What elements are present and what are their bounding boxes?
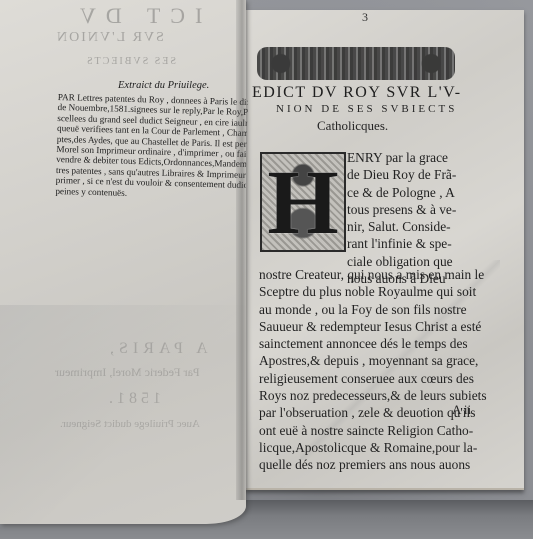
- text-line: nir, Salut. Conside-: [347, 218, 515, 235]
- text-line: tous presens & à ve-: [347, 201, 515, 218]
- text-line: Apostres,& depuis , moyennant sa grace,: [259, 352, 516, 369]
- text-line: sainctement annoncee dés le temps des: [259, 335, 516, 352]
- text-line: ont euë à nostre saincte Religion Catho-: [259, 422, 516, 439]
- right-page: 3 EDICT DV ROY SVR L'V- NION DE SES SVBI…: [240, 10, 524, 490]
- text-line: ce & de Pologne , A: [347, 184, 515, 201]
- initial-letter: H: [267, 156, 339, 248]
- edict-title-line1: EDICT DV ROY SVR L'V-: [252, 84, 462, 102]
- show-through-text: A PARIS,: [105, 340, 208, 358]
- left-page: ICT DV SVR L'VNION SES SVBIECTS A PARIS,…: [0, 0, 246, 524]
- show-through-text: SES SVBIECTS: [85, 56, 176, 67]
- signature-mark: A ii: [452, 402, 471, 418]
- decorated-initial-icon: H: [260, 152, 346, 252]
- text-line: Sceptre du plus noble Royaulme qui soit: [259, 283, 516, 300]
- text-line: ENRY par la grace: [347, 149, 515, 166]
- text-line: rant l'infinie & spe-: [347, 235, 515, 252]
- text-line: licque,Apostolicque & Romaine,pour la-: [259, 439, 516, 456]
- edict-title-line3: Catholicques.: [317, 118, 388, 134]
- book-spine: [236, 0, 248, 500]
- text-line: quelle dés noz premiers ans nous auons: [259, 456, 516, 473]
- ornamental-headpiece-icon: [257, 47, 455, 80]
- text-line: nostre Createur, qui nous a mis en main …: [259, 266, 516, 283]
- text-line: Roys noz predecesseurs,& de leurs subiet…: [259, 387, 516, 404]
- privilege-text-block: PAR Lettres patentes du Roy , donnees à …: [55, 92, 248, 201]
- text-line: par l'obseruation , zele & deuotion qu'i…: [259, 404, 516, 421]
- text-line: religieusement conseruee aux cœurs des: [259, 370, 516, 387]
- page-fold: [0, 305, 246, 524]
- text-line: Sauueur & redempteur Iesus Christ a esté: [259, 318, 516, 335]
- show-through-text: Par Federic Morel, Imprimeur: [55, 365, 200, 380]
- page-number: 3: [362, 10, 368, 25]
- body-text-block: nostre Createur, qui nous a mis en main …: [259, 266, 516, 474]
- show-through-text: SVR L'VNION: [55, 30, 164, 46]
- text-line: de Dieu Roy de Frã-: [347, 166, 515, 183]
- edict-title-line2: NION DE SES SVBIECTS: [276, 103, 457, 115]
- text-line: au monde , ou la Foy de son fils nostre: [259, 301, 516, 318]
- show-through-text: Auec Priuilege dudict Seigneur.: [60, 418, 200, 430]
- show-through-text: ICT DV: [70, 3, 202, 29]
- privilege-title: Extraict du Priuilege.: [118, 80, 209, 91]
- show-through-text: 1581.: [105, 390, 161, 408]
